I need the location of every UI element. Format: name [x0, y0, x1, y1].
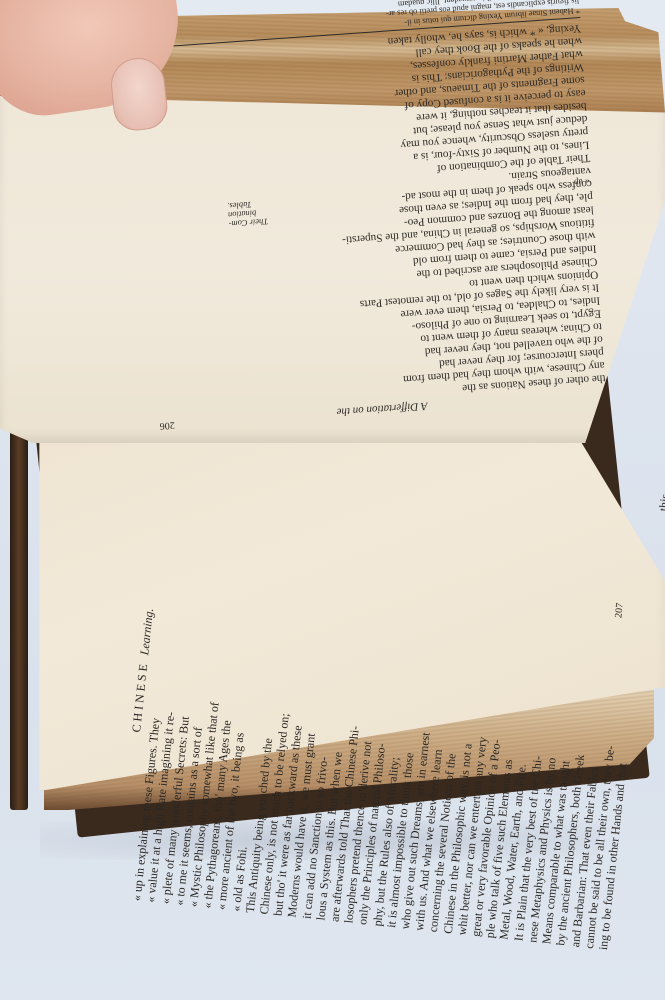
margin-note: Their Com- bination Tables.	[227, 199, 268, 229]
lower-page-text: CHINESE Learning. « up in explaining the…	[112, 441, 409, 925]
photo-scene: CHINESE Learning. « up in explaining the…	[0, 0, 665, 1000]
upper-page-text: 206 A Differtation on the the other of t…	[143, 185, 607, 431]
upper-page-number: 206	[159, 418, 175, 432]
lower-page-number: 207	[613, 602, 626, 618]
catchword: « up	[574, 175, 591, 189]
